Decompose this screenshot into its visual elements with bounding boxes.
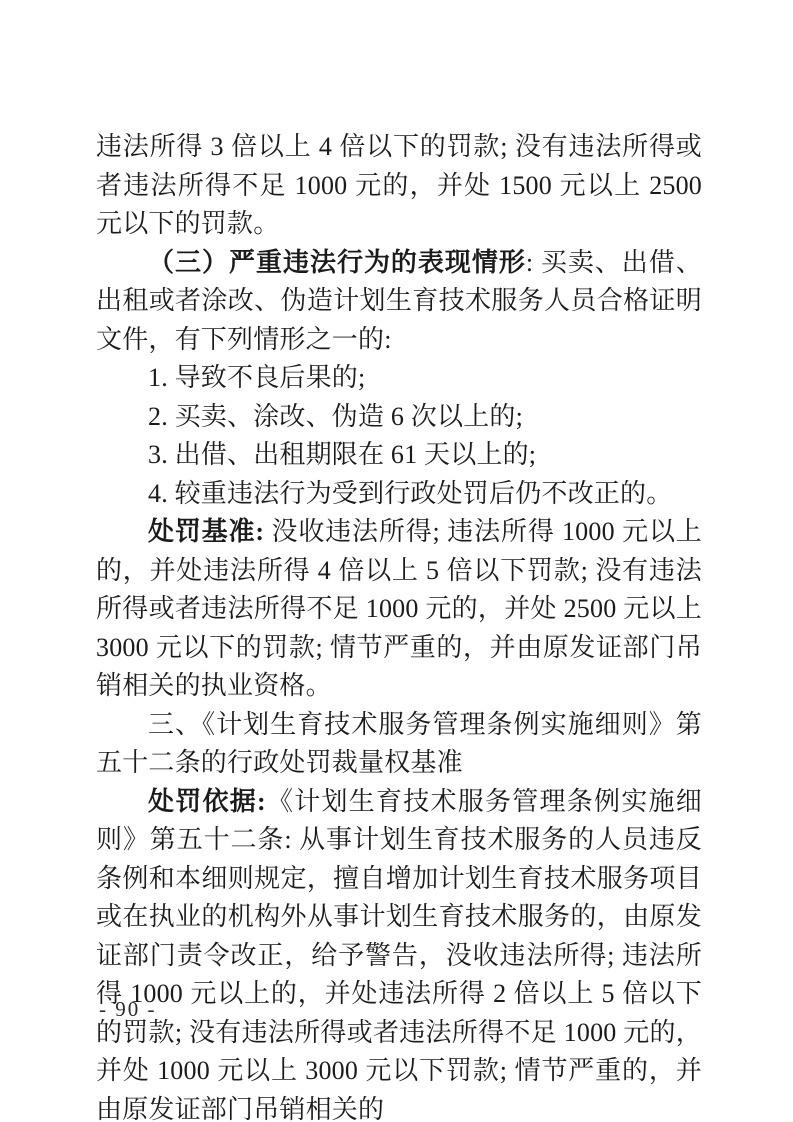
text-run: 4. 较重违法行为受到行政处罚后仍不改正的。 (148, 479, 672, 508)
paragraph: （三）严重违法行为的表现情形: 买卖、出借、出租或者涂改、伪造计划生育技术服务人… (96, 244, 702, 360)
text-run: 2. 买卖、涂改、伪造 6 次以上的; (148, 402, 523, 431)
list-item: 3. 出借、出租期限在 61 天以上的; (96, 436, 702, 475)
text-run: 《计划生育技术服务管理条例实施细则》第五十二条: 从事计划生育技术服务的人员违反… (96, 787, 702, 1122)
bold-lead-run: 处罚基准: (148, 517, 264, 546)
bold-lead-run: 处罚依据: (148, 787, 266, 816)
text-run: 三、《计划生育技术服务管理条例实施细则》第五十二条的行政处罚裁量权基准 (96, 710, 702, 778)
text-run: 1. 导致不良后果的; (148, 363, 365, 392)
paragraph: 违法所得 3 倍以上 4 倍以下的罚款; 没有违法所得或者违法所得不足 1000… (96, 128, 702, 244)
paragraph: 处罚基准: 没收违法所得; 违法所得 1000 元以上的，并处违法所得 4 倍以… (96, 513, 702, 706)
page-number: - 90 - (99, 997, 157, 1022)
list-item: 4. 较重违法行为受到行政处罚后仍不改正的。 (96, 475, 702, 514)
bold-lead-run: （三）严重违法行为的表现情形 (148, 248, 526, 277)
text-run: 违法所得 3 倍以上 4 倍以下的罚款; 没有违法所得或者违法所得不足 1000… (96, 132, 702, 238)
section-heading: 三、《计划生育技术服务管理条例实施细则》第五十二条的行政处罚裁量权基准 (96, 706, 702, 783)
paragraph: 处罚依据:《计划生育技术服务管理条例实施细则》第五十二条: 从事计划生育技术服务… (96, 783, 702, 1122)
document-body: 违法所得 3 倍以上 4 倍以下的罚款; 没有违法所得或者违法所得不足 1000… (96, 128, 702, 1122)
list-item: 2. 买卖、涂改、伪造 6 次以上的; (96, 398, 702, 437)
text-run: 3. 出借、出租期限在 61 天以上的; (148, 440, 536, 469)
document-page: 违法所得 3 倍以上 4 倍以下的罚款; 没有违法所得或者违法所得不足 1000… (0, 0, 793, 1122)
list-item: 1. 导致不良后果的; (96, 359, 702, 398)
